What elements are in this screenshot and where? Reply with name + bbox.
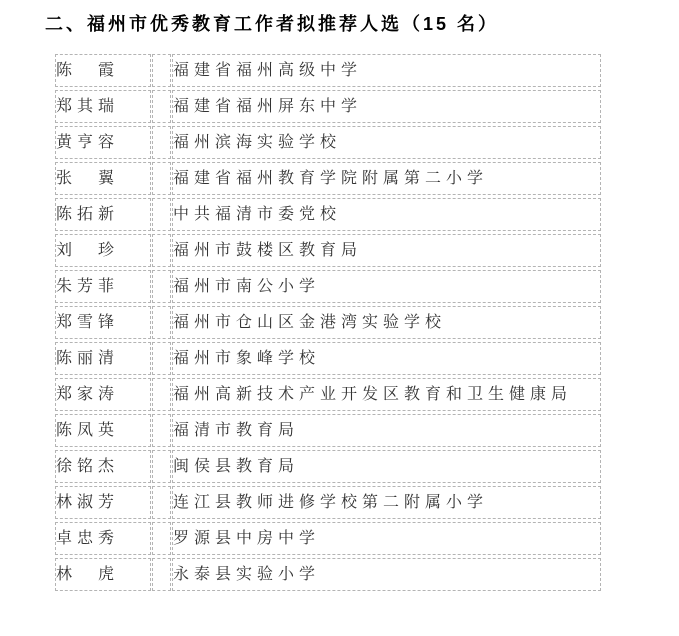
organization-cell: 福州滨海实验学校 — [172, 126, 601, 159]
table-row: 陈 霞福建省福州高级中学 — [55, 54, 601, 87]
recommendation-table: 陈 霞福建省福州高级中学郑其瑞福建省福州屏东中学黄亨容福州滨海实验学校张 翼福建… — [54, 51, 602, 594]
organization-cell: 连江县教师进修学校第二附属小学 — [172, 486, 601, 519]
table-row: 黄亨容福州滨海实验学校 — [55, 126, 601, 159]
spacer-cell — [152, 270, 171, 303]
candidate-name-cell: 刘 珍 — [55, 234, 151, 267]
candidate-name-cell: 黄亨容 — [55, 126, 151, 159]
table-row: 刘 珍福州市鼓楼区教育局 — [55, 234, 601, 267]
organization-cell: 永泰县实验小学 — [172, 558, 601, 591]
candidate-name-cell: 卓忠秀 — [55, 522, 151, 555]
candidate-name-cell: 陈 霞 — [55, 54, 151, 87]
candidate-name-cell: 林淑芳 — [55, 486, 151, 519]
candidate-name-cell: 徐铭杰 — [55, 450, 151, 483]
organization-cell: 福州市鼓楼区教育局 — [172, 234, 601, 267]
spacer-cell — [152, 162, 171, 195]
spacer-cell — [152, 342, 171, 375]
table-body: 陈 霞福建省福州高级中学郑其瑞福建省福州屏东中学黄亨容福州滨海实验学校张 翼福建… — [55, 54, 601, 591]
table-row: 陈凤英福清市教育局 — [55, 414, 601, 447]
organization-cell: 福建省福州高级中学 — [172, 54, 601, 87]
table-row: 卓忠秀罗源县中房中学 — [55, 522, 601, 555]
candidate-name-cell: 郑家涛 — [55, 378, 151, 411]
organization-cell: 福建省福州屏东中学 — [172, 90, 601, 123]
table-row: 徐铭杰闽侯县教育局 — [55, 450, 601, 483]
organization-cell: 福建省福州教育学院附属第二小学 — [172, 162, 601, 195]
organization-cell: 福州市南公小学 — [172, 270, 601, 303]
candidate-name-cell: 陈拓新 — [55, 198, 151, 231]
section-title: 二、福州市优秀教育工作者拟推荐人选（15 名） — [45, 12, 679, 36]
table-row: 陈拓新中共福清市委党校 — [55, 198, 601, 231]
spacer-cell — [152, 126, 171, 159]
candidate-name-cell: 郑其瑞 — [55, 90, 151, 123]
spacer-cell — [152, 486, 171, 519]
candidate-name-cell: 林 虎 — [55, 558, 151, 591]
table-row: 林 虎永泰县实验小学 — [55, 558, 601, 591]
table-row: 陈丽清福州市象峰学校 — [55, 342, 601, 375]
spacer-cell — [152, 90, 171, 123]
candidate-name-cell: 郑雪锋 — [55, 306, 151, 339]
spacer-cell — [152, 198, 171, 231]
spacer-cell — [152, 54, 171, 87]
table-row: 郑家涛福州高新技术产业开发区教育和卫生健康局 — [55, 378, 601, 411]
table-row: 郑其瑞福建省福州屏东中学 — [55, 90, 601, 123]
candidate-name-cell: 陈丽清 — [55, 342, 151, 375]
organization-cell: 福清市教育局 — [172, 414, 601, 447]
organization-cell: 罗源县中房中学 — [172, 522, 601, 555]
organization-cell: 闽侯县教育局 — [172, 450, 601, 483]
candidate-name-cell: 张 翼 — [55, 162, 151, 195]
spacer-cell — [152, 378, 171, 411]
spacer-cell — [152, 414, 171, 447]
spacer-cell — [152, 522, 171, 555]
spacer-cell — [152, 306, 171, 339]
table-row: 朱芳菲福州市南公小学 — [55, 270, 601, 303]
organization-cell: 福州市象峰学校 — [172, 342, 601, 375]
spacer-cell — [152, 234, 171, 267]
spacer-cell — [152, 450, 171, 483]
table-row: 张 翼福建省福州教育学院附属第二小学 — [55, 162, 601, 195]
table-row: 郑雪锋福州市仓山区金港湾实验学校 — [55, 306, 601, 339]
organization-cell: 中共福清市委党校 — [172, 198, 601, 231]
table-row: 林淑芳连江县教师进修学校第二附属小学 — [55, 486, 601, 519]
candidate-name-cell: 陈凤英 — [55, 414, 151, 447]
candidate-name-cell: 朱芳菲 — [55, 270, 151, 303]
organization-cell: 福州市仓山区金港湾实验学校 — [172, 306, 601, 339]
organization-cell: 福州高新技术产业开发区教育和卫生健康局 — [172, 378, 601, 411]
document-page: 二、福州市优秀教育工作者拟推荐人选（15 名） 陈 霞福建省福州高级中学郑其瑞福… — [0, 0, 679, 636]
spacer-cell — [152, 558, 171, 591]
